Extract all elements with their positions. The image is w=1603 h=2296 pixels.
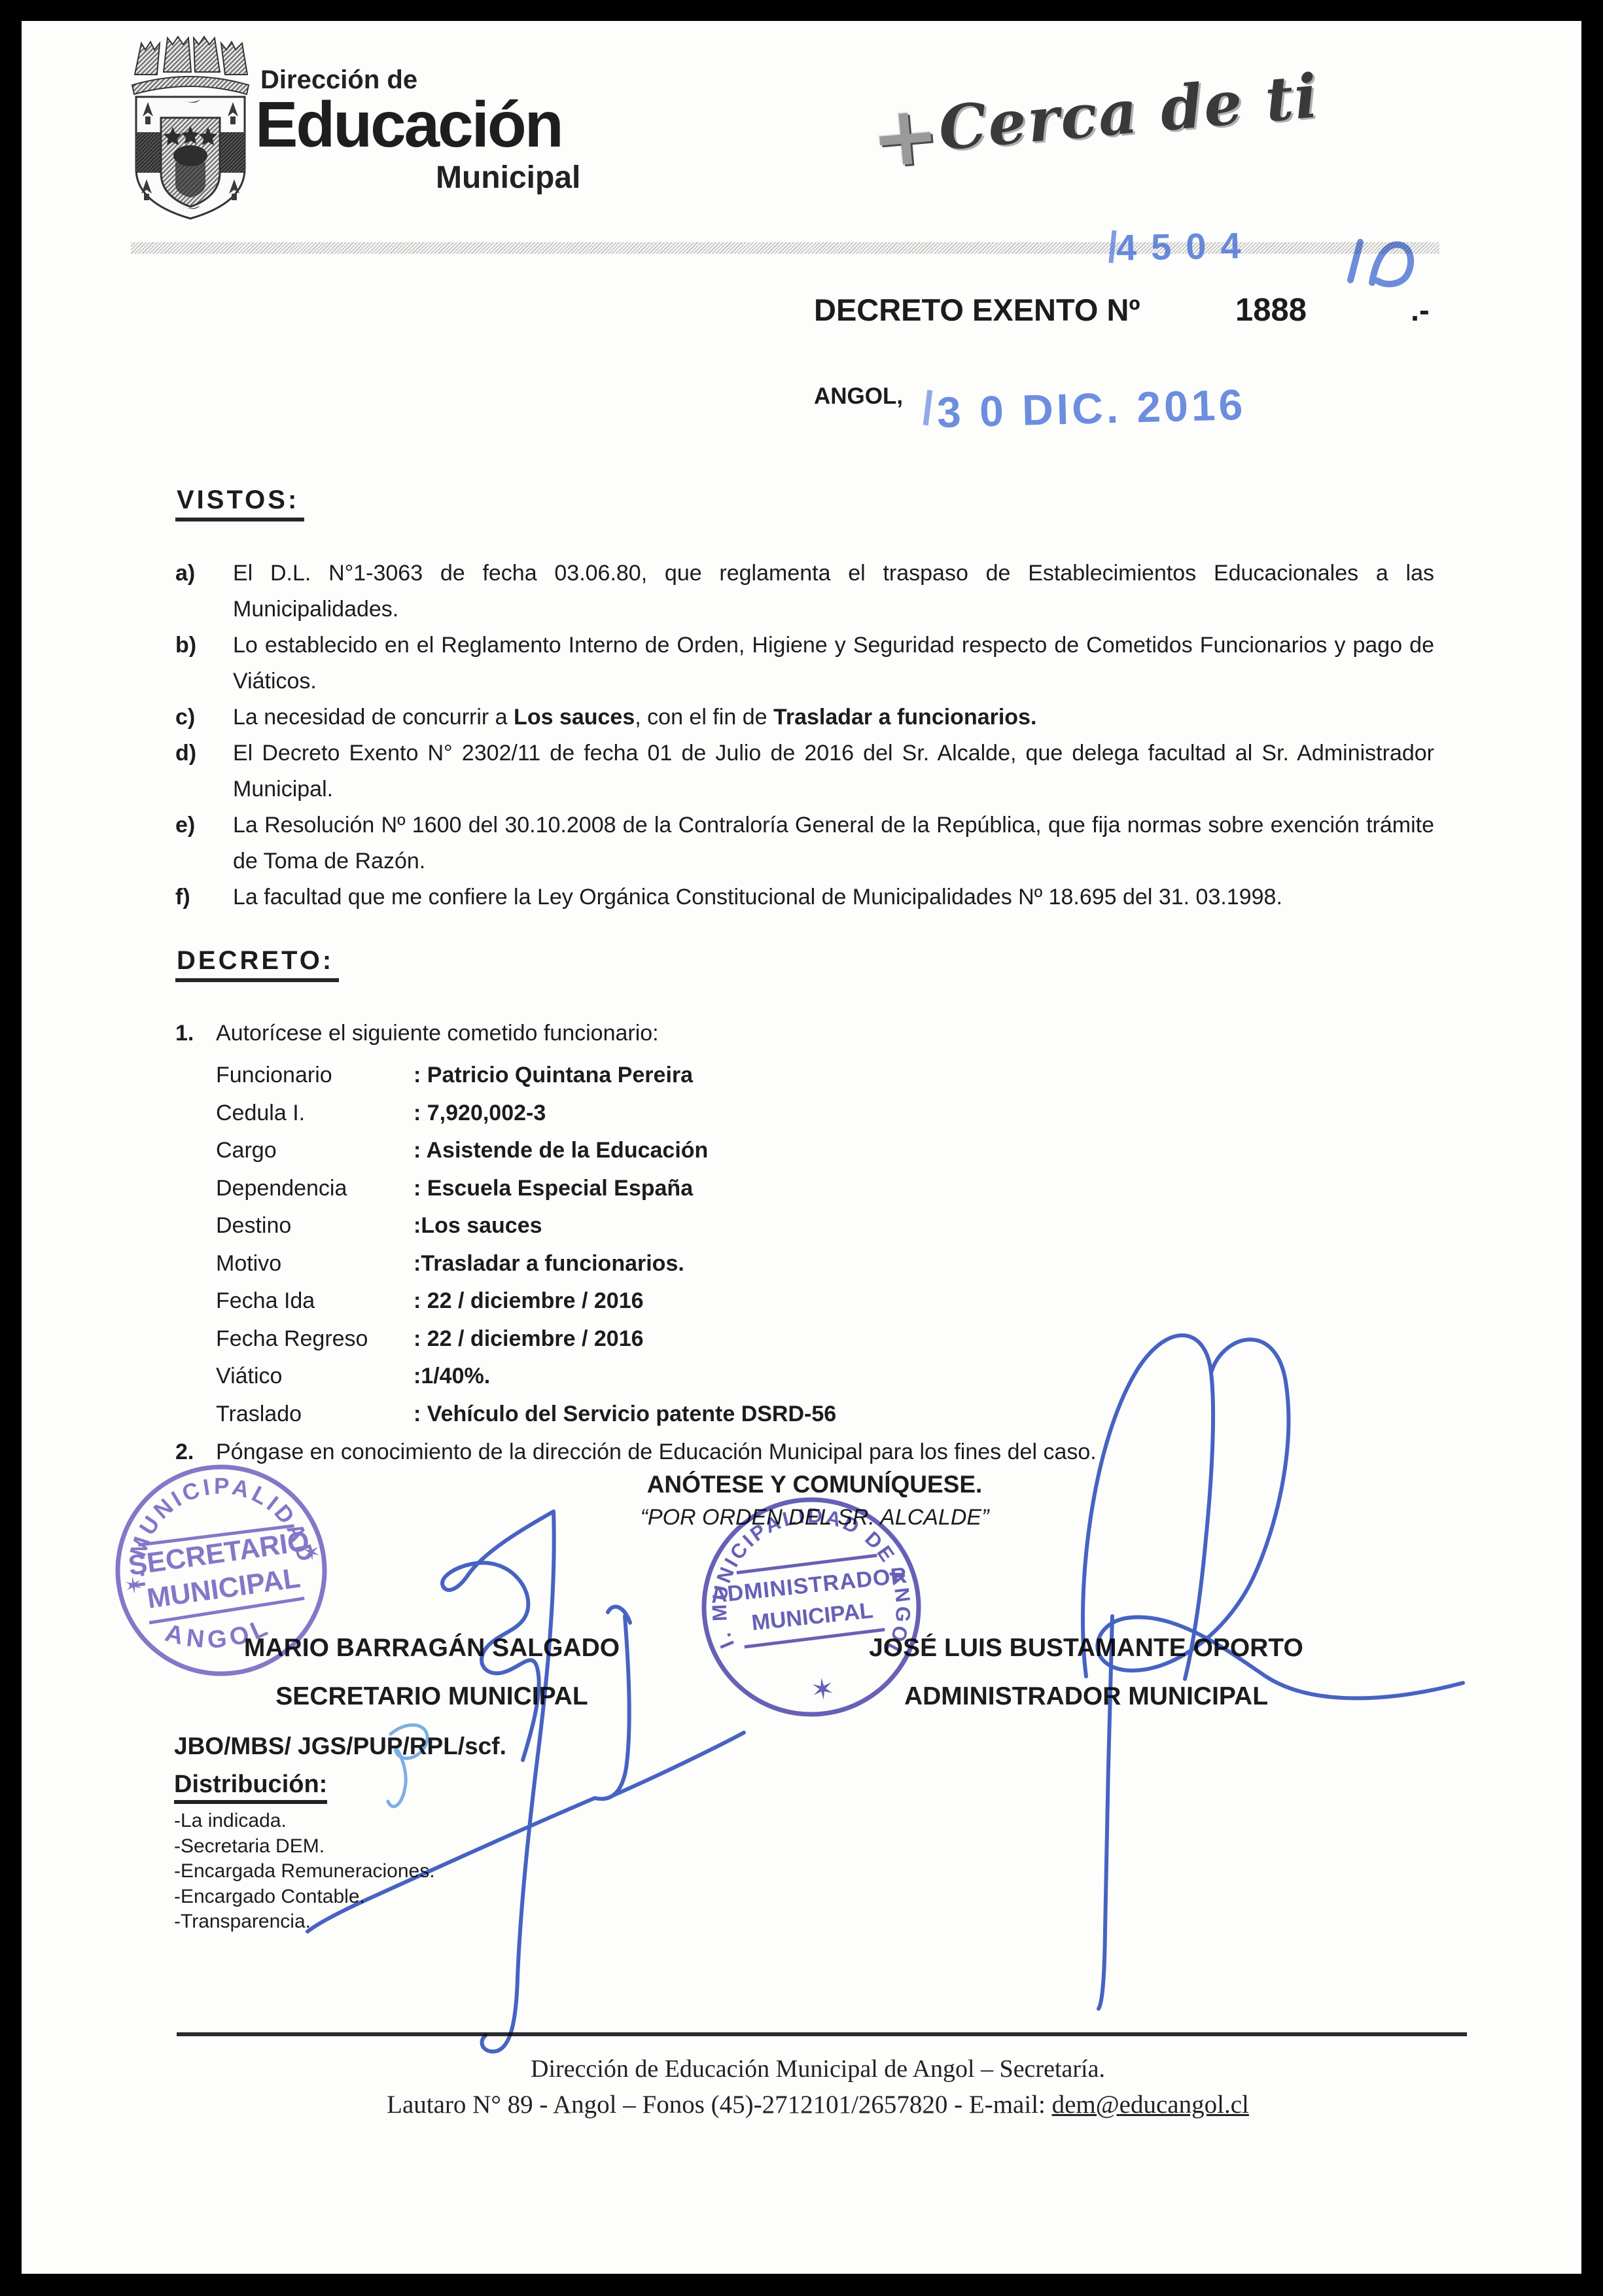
scanned-decree-document: Dirección de Educación Municipal +Cerca …	[0, 0, 1603, 2296]
light-blue-scribble	[388, 1725, 427, 1807]
secretary-signature	[308, 1511, 744, 2051]
administrator-signature	[1083, 1335, 1463, 2009]
blue-ink-mark	[1350, 242, 1411, 284]
ink-signatures-layer	[0, 0, 1603, 2296]
